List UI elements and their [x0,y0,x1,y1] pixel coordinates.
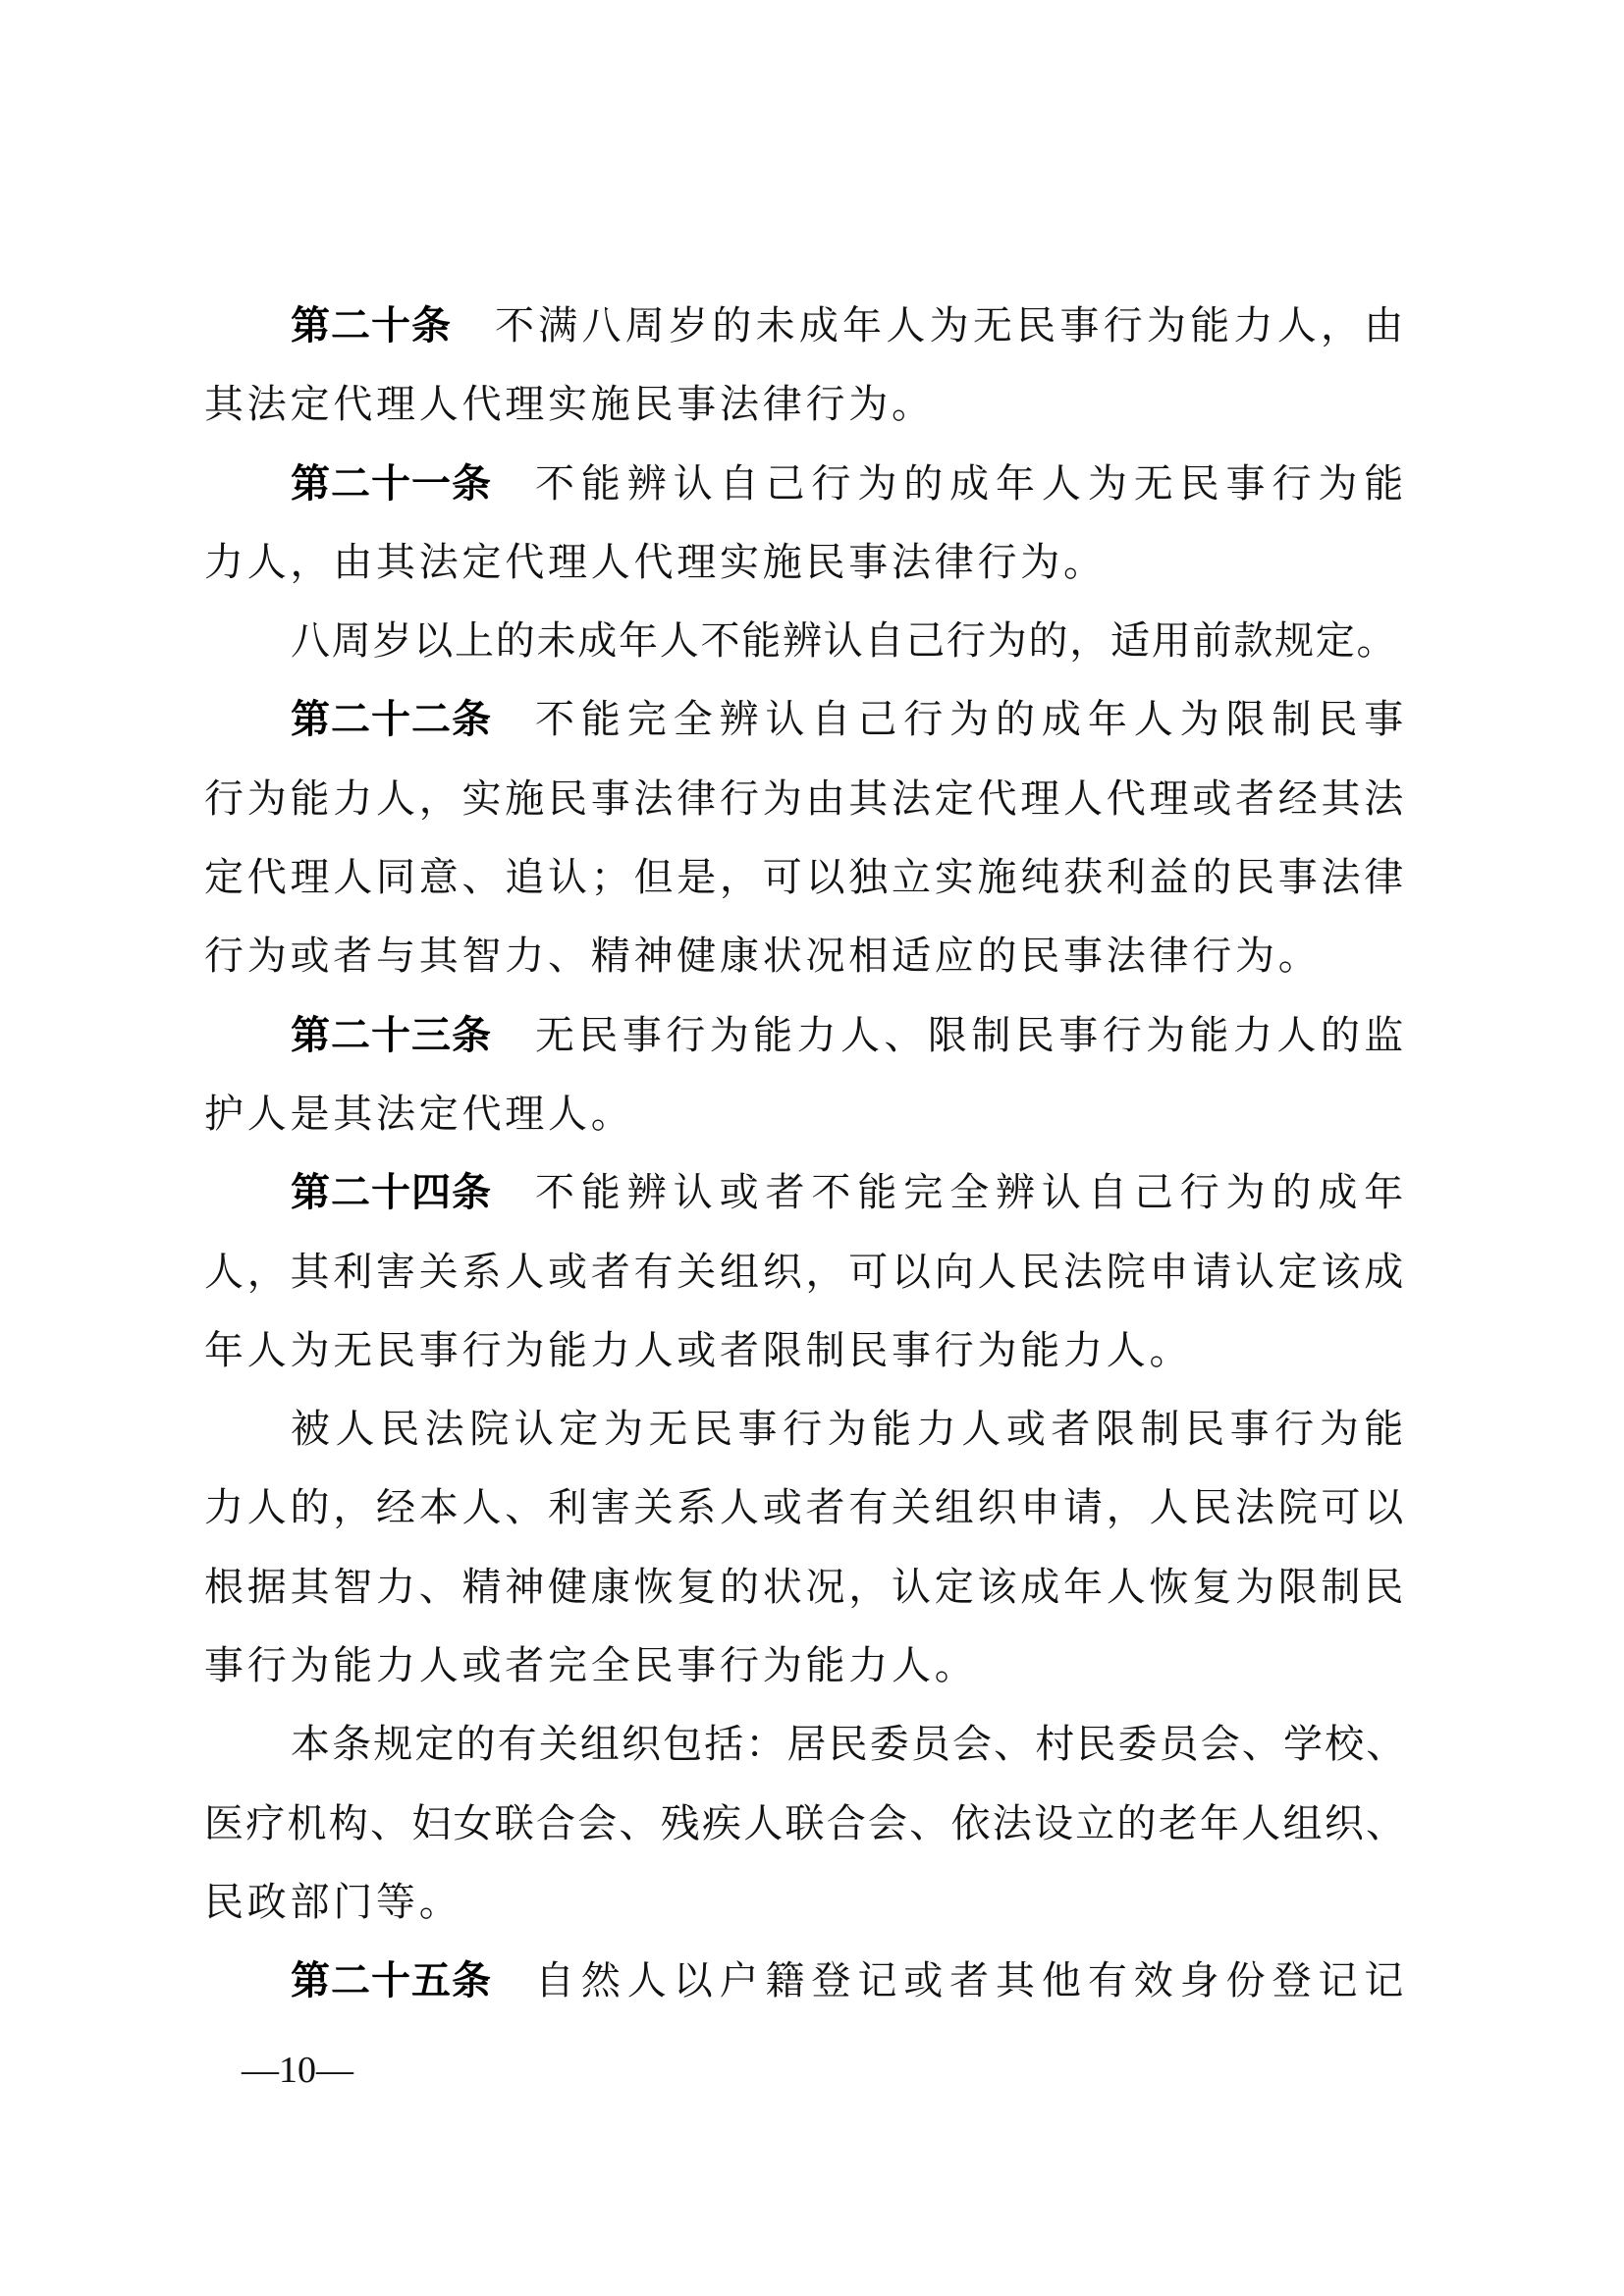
article-text: 人，其利害关系人或者有关组织，可以向人民法院申请认定该成 [204,1233,1407,1311]
text-line: 第二十三条 无民事行为能力人、限制民事行为能力人的监 [204,996,1407,1075]
article-text: 医疗机构、妇女联合会、残疾人联合会、依法设立的老年人组织、 [204,1785,1407,1863]
article-text: 力人的，经本人、利害关系人或者有关组织申请，人民法院可以 [204,1468,1407,1547]
article-20: 第二十条 不满八周岁的未成年人为无民事行为能力人，由 其法定代理人代理实施民事法… [204,287,1407,445]
text-line: 民政部门等。 [204,1863,1407,1942]
text-line: 力人，由其法定代理人代理实施民事法律行为。 [204,523,1407,602]
article-text: 不能完全辨认自己行为的成年人为限制民事 [535,680,1407,759]
article-text: 不能辨认自己行为的成年人为无民事行为能 [535,445,1407,523]
text-line: 定代理人同意、追认；但是，可以独立实施纯获利益的民事法律 [204,838,1407,917]
text-line: 被人民法院认定为无民事行为能力人或者限制民事行为能 [204,1390,1407,1468]
article-25: 第二十五条 自然人以户籍登记或者其他有效身份登记记 [204,1942,1407,2020]
article-21: 第二十一条 不能辨认自己行为的成年人为无民事行为能 力人，由其法定代理人代理实施… [204,445,1407,681]
text-line: 第二十条 不满八周岁的未成年人为无民事行为能力人，由 [204,287,1407,365]
article-text: 被人民法院认定为无民事行为能力人或者限制民事行为能 [291,1390,1407,1468]
article-text: 无民事行为能力人、限制民事行为能力人的监 [535,996,1407,1075]
article-text: 年人为无民事行为能力人或者限制民事行为能力人。 [204,1311,1407,1390]
article-heading: 第二十条 [291,287,452,365]
article-text: 不能辨认或者不能完全辨认自己行为的成年 [535,1153,1407,1232]
text-line: 行为或者与其智力、精神健康状况相适应的民事法律行为。 [204,917,1407,995]
article-text: 护人是其法定代理人。 [204,1075,1407,1153]
text-line: 第二十五条 自然人以户籍登记或者其他有效身份登记记 [204,1942,1407,2020]
article-heading: 第二十五条 [291,1942,492,2020]
article-heading: 第二十一条 [291,445,492,523]
article-22: 第二十二条 不能完全辨认自己行为的成年人为限制民事 行为能力人，实施民事法律行为… [204,680,1407,995]
page-number: —10— [242,2046,353,2095]
article-text: 力人，由其法定代理人代理实施民事法律行为。 [204,523,1407,602]
text-line: 根据其智力、精神健康恢复的状况，认定该成年人恢复为限制民 [204,1548,1407,1627]
article-23: 第二十三条 无民事行为能力人、限制民事行为能力人的监 护人是其法定代理人。 [204,996,1407,1154]
text-line: 行为能力人，实施民事法律行为由其法定代理人代理或者经其法 [204,760,1407,838]
article-heading: 第二十三条 [291,996,492,1075]
article-text: 事行为能力人或者完全民事行为能力人。 [204,1627,1407,1705]
text-line: 第二十一条 不能辨认自己行为的成年人为无民事行为能 [204,445,1407,523]
text-line: 年人为无民事行为能力人或者限制民事行为能力人。 [204,1311,1407,1390]
document-body: 第二十条 不满八周岁的未成年人为无民事行为能力人，由 其法定代理人代理实施民事法… [204,287,1407,2021]
article-text: 自然人以户籍登记或者其他有效身份登记记 [535,1942,1407,2020]
article-24: 第二十四条 不能辨认或者不能完全辨认自己行为的成年 人，其利害关系人或者有关组织… [204,1153,1407,1942]
article-heading: 第二十二条 [291,680,492,759]
article-text: 其法定代理人代理实施民事法律行为。 [204,365,1407,444]
text-line: 本条规定的有关组织包括：居民委员会、村民委员会、学校、 [204,1705,1407,1784]
text-line: 护人是其法定代理人。 [204,1075,1407,1153]
text-line: 事行为能力人或者完全民事行为能力人。 [204,1627,1407,1705]
article-text: 八周岁以上的未成年人不能辨认自己行为的，适用前款规定。 [291,602,1407,680]
article-heading: 第二十四条 [291,1153,492,1232]
text-line: 力人的，经本人、利害关系人或者有关组织申请，人民法院可以 [204,1468,1407,1547]
article-text: 行为能力人，实施民事法律行为由其法定代理人代理或者经其法 [204,760,1407,838]
article-text: 行为或者与其智力、精神健康状况相适应的民事法律行为。 [204,917,1407,995]
document-page: 第二十条 不满八周岁的未成年人为无民事行为能力人，由 其法定代理人代理实施民事法… [0,0,1624,2296]
article-text: 根据其智力、精神健康恢复的状况，认定该成年人恢复为限制民 [204,1548,1407,1627]
article-text: 不满八周岁的未成年人为无民事行为能力人，由 [495,287,1407,365]
article-text: 民政部门等。 [204,1863,1407,1942]
article-text: 本条规定的有关组织包括：居民委员会、村民委员会、学校、 [291,1705,1407,1784]
text-line: 第二十四条 不能辨认或者不能完全辨认自己行为的成年 [204,1153,1407,1232]
text-line: 医疗机构、妇女联合会、残疾人联合会、依法设立的老年人组织、 [204,1785,1407,1863]
text-line: 第二十二条 不能完全辨认自己行为的成年人为限制民事 [204,680,1407,759]
article-text: 定代理人同意、追认；但是，可以独立实施纯获利益的民事法律 [204,838,1407,917]
text-line: 八周岁以上的未成年人不能辨认自己行为的，适用前款规定。 [204,602,1407,680]
text-line: 其法定代理人代理实施民事法律行为。 [204,365,1407,444]
text-line: 人，其利害关系人或者有关组织，可以向人民法院申请认定该成 [204,1233,1407,1311]
